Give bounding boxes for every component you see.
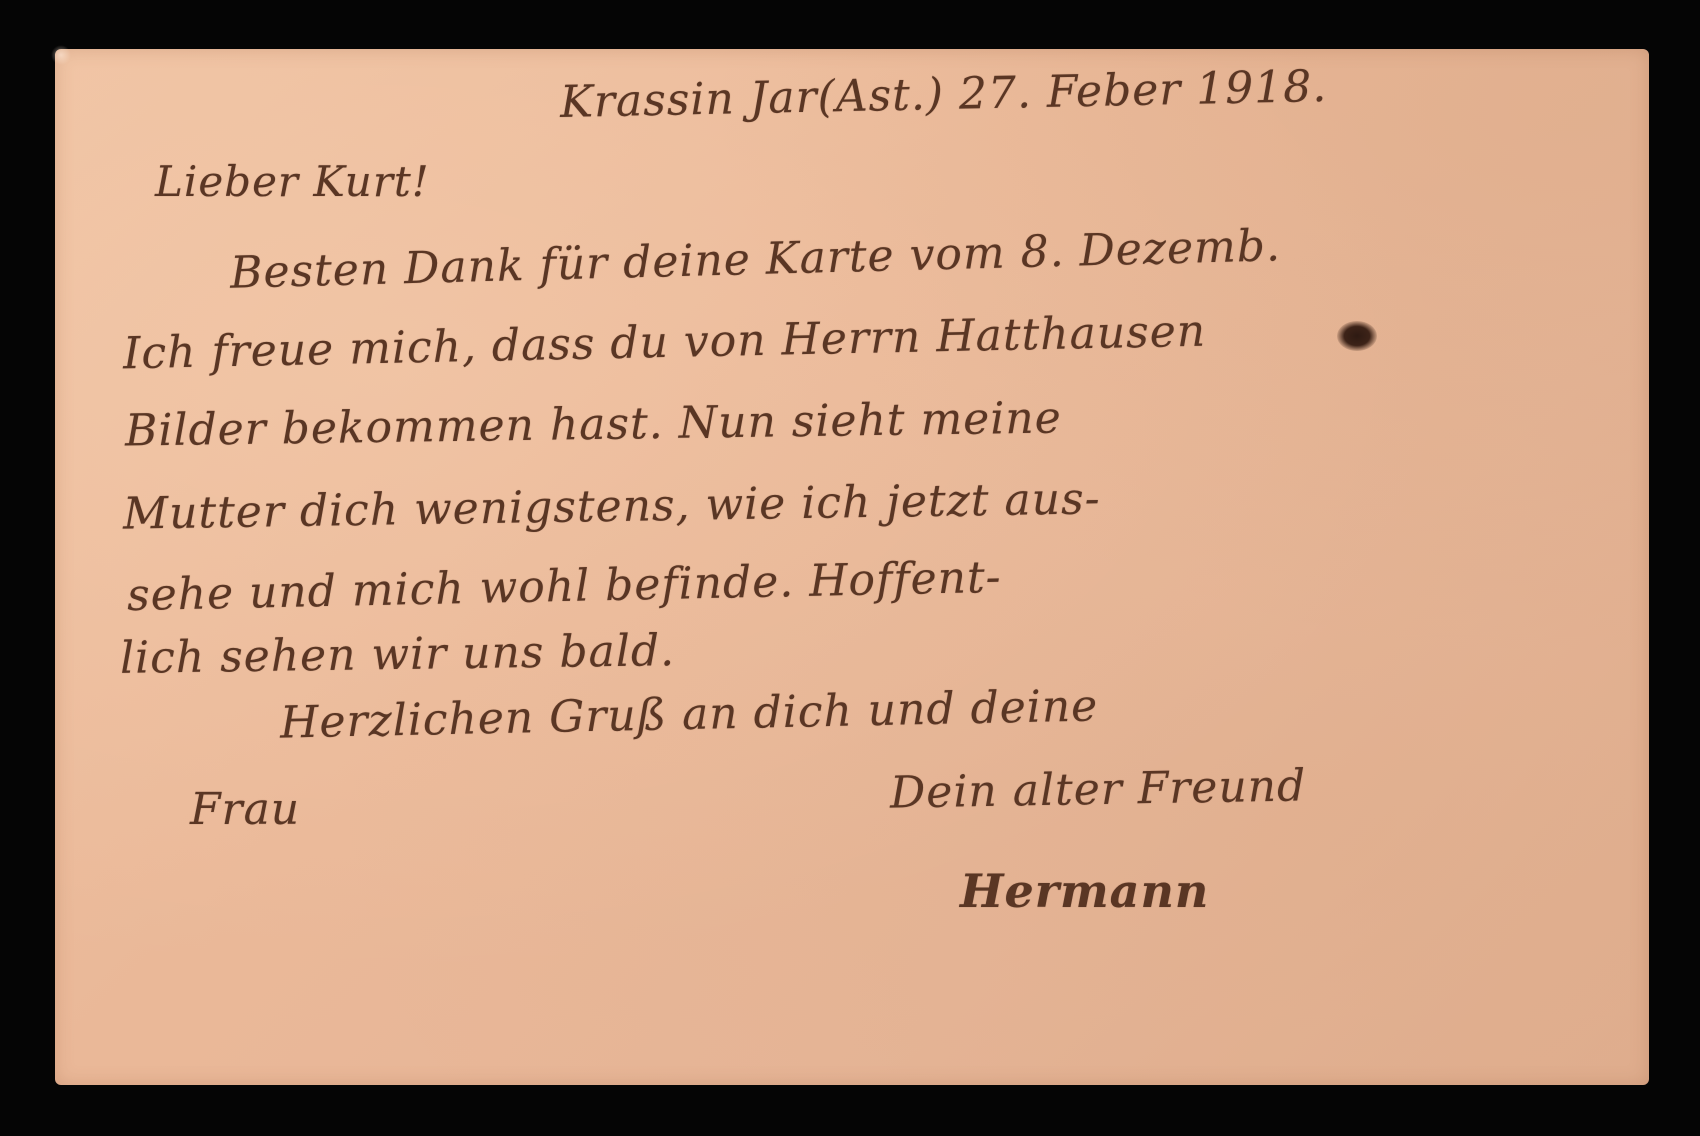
body-line: Ich freue mich, dass du von Herrn Hattha… — [123, 306, 1207, 380]
body-line: Herzlichen Gruß an dich und deine — [280, 680, 1099, 748]
body-line: lich sehen wir uns bald. — [120, 625, 676, 684]
scan-background: Krassin Jar(Ast.) 27. Feber 1918. Lieber… — [0, 0, 1700, 1136]
body-line: sehe und mich wohl befinde. Hoffent- — [127, 552, 1002, 621]
body-line: Besten Dank für deine Karte vom 8. Dezem… — [230, 220, 1282, 298]
corner-wear — [51, 45, 71, 65]
signature: Hermann — [960, 864, 1209, 918]
postcard: Krassin Jar(Ast.) 27. Feber 1918. Lieber… — [55, 49, 1649, 1085]
salutation: Lieber Kurt! — [155, 157, 430, 206]
body-line: Mutter dich wenigstens, wie ich jetzt au… — [123, 473, 1101, 539]
body-line: Bilder bekommen hast. Nun sieht meine — [125, 392, 1062, 456]
ink-blot — [1337, 321, 1377, 351]
dateline: Krassin Jar(Ast.) 27. Feber 1918. — [560, 61, 1328, 128]
continuation-word: Frau — [190, 784, 300, 835]
closing: Dein alter Freund — [890, 760, 1307, 818]
